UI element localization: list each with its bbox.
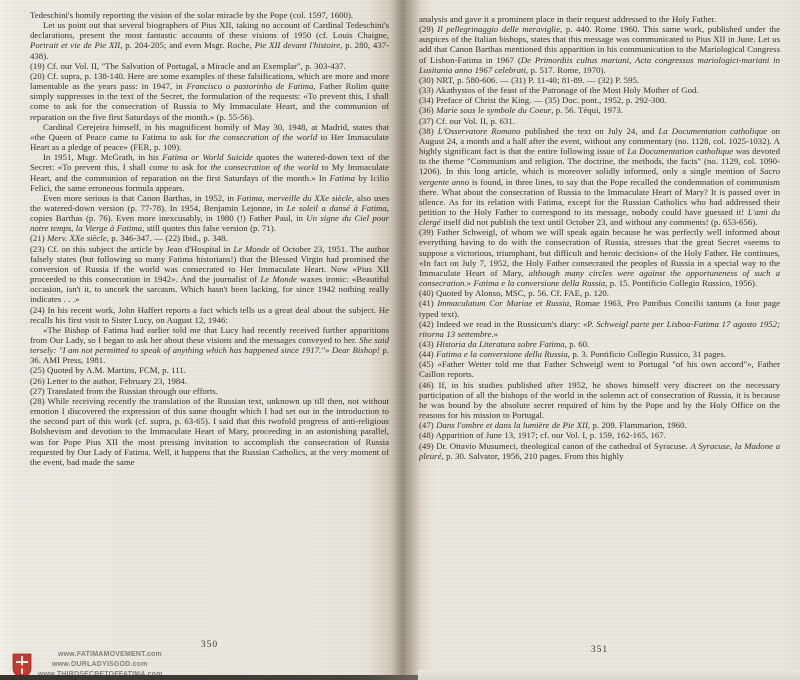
watermark-url-2: www.OURLADYISGOD.com xyxy=(52,661,148,668)
paragraph: Even more serious is that Canon Barthas,… xyxy=(30,193,389,234)
paragraph: (46) If, in his studies published after … xyxy=(419,380,780,421)
paragraph: (30) NRT, p. 580-606. — (31) P. 11-40; 8… xyxy=(419,75,780,85)
paragraph: (27) Translated from the Russian through… xyxy=(30,386,389,396)
paragraph: (41) Immaculatum Cor Mariae et Russia, R… xyxy=(419,298,780,318)
paragraph: (20) Cf. supra, p. 138-140. Here are som… xyxy=(30,71,389,122)
paragraph: (39) Father Schweigl, of whom we will sp… xyxy=(419,227,780,288)
paragraph: Cardinal Cerejeira himself, in his magni… xyxy=(30,122,389,152)
right-page: analysis and gave it a prominent place i… xyxy=(419,14,780,638)
paragraph: (25) Quoted by A.M. Martins, FCM, p. 111… xyxy=(30,365,389,375)
paragraph: (37) Cf. our Vol. II, p. 631. xyxy=(419,116,780,126)
left-page: Tedeschini's homily reporting the vision… xyxy=(30,10,389,634)
paragraph: (45) «Father Wetter told me that Father … xyxy=(419,359,780,379)
paragraph: (29) Il pellegrinaggio delle meraviglie,… xyxy=(419,24,780,75)
paragraph: Let us point out that several biographer… xyxy=(30,20,389,61)
page-number-right: 351 xyxy=(419,645,780,655)
paragraph: (47) Dans l'ombre et dans la lumière de … xyxy=(419,420,780,430)
paragraph: (43) Historia da Literatura sobre Fatima… xyxy=(419,339,780,349)
paragraph: «The Bishop of Fatima had earlier told m… xyxy=(30,325,389,366)
paragraph: (42) Indeed we read in the Russicum's di… xyxy=(419,319,780,339)
paragraph: (23) Cf. on this subject the article by … xyxy=(30,244,389,305)
paragraph: (26) Letter to the author, February 23, … xyxy=(30,376,389,386)
paragraph: (48) Apparition of June 13, 1917; cf. ou… xyxy=(419,430,780,440)
paragraph: (36) Marie sous le symbole du Coeur, p. … xyxy=(419,105,780,115)
paragraph: (40) Quoted by Alonso, MSC, p. 56. Cf. F… xyxy=(419,288,780,298)
paragraph: (38) L'Osservatore Romano published the … xyxy=(419,126,780,228)
page-bottom-fade xyxy=(418,670,800,680)
paragraph: (19) Cf. our Vol. II, "The Salvation of … xyxy=(30,61,389,71)
paragraph: (33) Akathystos of the feast of the Patr… xyxy=(419,85,780,95)
paragraph: (21) Merv. XXe siècle, p. 346-347. — (22… xyxy=(30,233,389,243)
book-edge-shadow xyxy=(0,675,418,680)
paragraph: (28) While receiving recently the transl… xyxy=(30,396,389,467)
paragraph: (24) In his recent work, John Haffert re… xyxy=(30,305,389,325)
paragraph: Tedeschini's homily reporting the vision… xyxy=(30,10,389,20)
paragraph: In 1951, Msgr. McGrath, in his Fatima or… xyxy=(30,152,389,193)
watermark-url-1: www.FATIMAMOVEMENT.com xyxy=(58,651,162,658)
paragraph: analysis and gave it a prominent place i… xyxy=(419,14,780,24)
paragraph: (44) Fatima e la conversione della Russi… xyxy=(419,349,780,359)
paragraph: (34) Preface of Christ the King. — (35) … xyxy=(419,95,780,105)
paragraph: (49) Dr. Ottavio Musumeci, theological c… xyxy=(419,441,780,461)
